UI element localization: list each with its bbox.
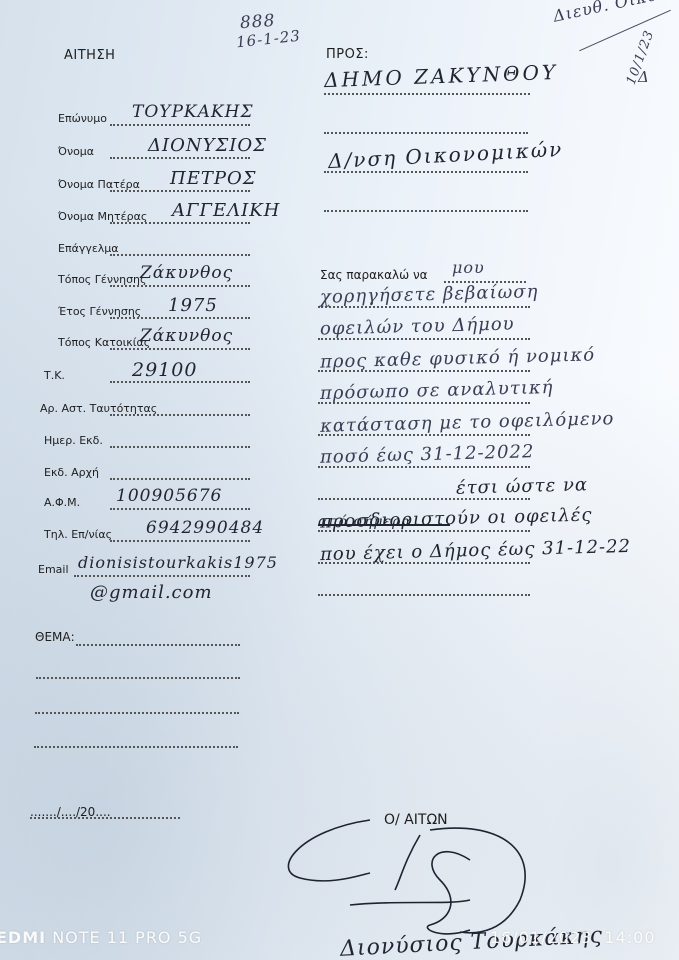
camera-timestamp: 16/01/2023 14:00 (490, 928, 656, 947)
camera-device-watermark: EDMI NOTE 11 PRO 5G (0, 928, 202, 947)
signature-scribble (0, 0, 679, 960)
camera-device-model: NOTE 11 PRO 5G (52, 928, 202, 947)
camera-device-brand: EDMI (0, 928, 46, 947)
